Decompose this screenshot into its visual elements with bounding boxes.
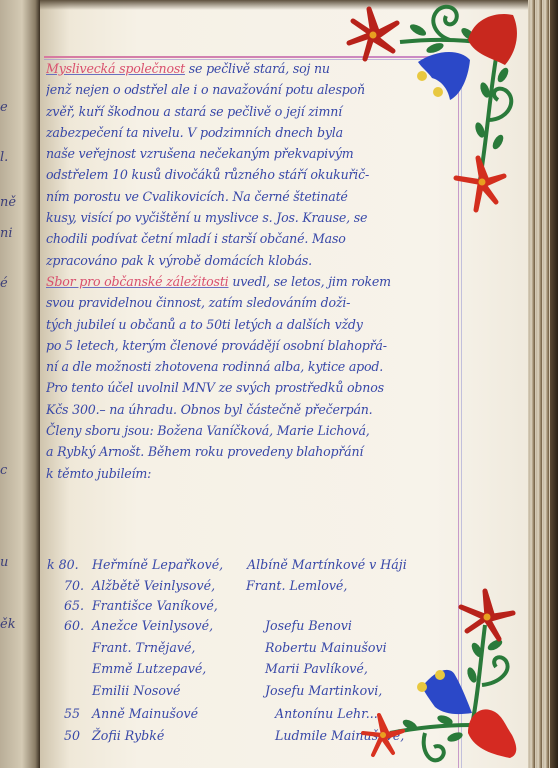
text-line: po 5 letech, kterým členové provádějí os…: [46, 335, 460, 356]
facing-text: e: [0, 100, 8, 115]
jubilee-name: Frant. Trnějavé,: [92, 640, 195, 655]
stamen-icon: [417, 71, 427, 81]
section-heading-hunting-society: Myslivecká společnost: [46, 61, 185, 76]
red-flower-icon: [461, 591, 513, 639]
jubilee-name: Heřmíně Lepařkové,: [92, 557, 223, 572]
jubilee-age: 60.: [64, 618, 84, 633]
jubilee-name: Albíně Martínkové v Háji: [247, 557, 407, 572]
facing-text: ně: [0, 195, 16, 210]
red-flower-icon: [456, 158, 504, 210]
text-line: tých jubileí u občanů a to 50ti letých a…: [46, 314, 460, 335]
jubilee-name: Františce Vaníkové,: [92, 598, 218, 613]
facing-text: l.: [0, 150, 8, 165]
jubilee-age: 50: [64, 728, 80, 743]
red-flower-icon: [349, 9, 397, 59]
jubilee-name: Anežce Veinlysové,: [92, 618, 213, 633]
stamen-icon: [435, 670, 445, 680]
section-heading-civic-affairs: Sbor pro občanské záležitosti: [46, 274, 229, 289]
text-line: zpracováno pak k výrobě domácích klobás.: [46, 250, 460, 271]
text-line: chodili podívat četní mladí i starší obč…: [46, 228, 460, 249]
text-line: Pro tento účel uvolnil MNV ze svých pros…: [46, 377, 460, 398]
text-line: a Rybký Arnošt. Během roku provedeny bla…: [46, 441, 460, 462]
jubilee-name: Alžbětě Veinlysové,: [92, 578, 215, 593]
folk-flower-decoration-top: [340, 0, 530, 220]
text-fragment: se pečlivě stará, soj nu: [185, 61, 330, 76]
bellflower-icon: [422, 670, 472, 714]
jubilee-name: Emmě Lutzepavé,: [92, 661, 206, 676]
jubilee-age: 70.: [64, 578, 84, 593]
facing-text: ni: [0, 226, 13, 241]
text-fragment: uvedl, se letos, jim rokem: [229, 274, 391, 289]
text-line: svou pravidelnou činnost, zatím sledován…: [46, 292, 460, 313]
text-line: Členy sboru jsou: Božena Vaníčková, Mari…: [46, 420, 460, 441]
red-flower-icon: [363, 715, 403, 755]
text-line: Sbor pro občanské záležitosti uvedl, se …: [46, 271, 460, 292]
jubilee-age: 55: [64, 706, 80, 721]
facing-text: c: [0, 463, 7, 478]
jubilee-age: k 80.: [47, 557, 79, 572]
text-line: Kčs 300.– na úhradu. Obnos byl částečně …: [46, 399, 460, 420]
jubilee-name: Frant. Lemlové,: [246, 578, 347, 593]
folk-flower-decoration-bottom: [350, 575, 530, 768]
jubilee-age: 65.: [64, 598, 84, 613]
page-edges: [528, 0, 558, 768]
facing-text: ěk: [0, 617, 16, 632]
jubilee-name: Žofii Rybké: [92, 728, 164, 743]
facing-page: e l. ně ni é c u ěk: [0, 0, 40, 768]
text-line: k těmto jubileím:: [46, 463, 460, 484]
stamen-icon: [417, 682, 427, 692]
facing-text: é: [0, 276, 8, 291]
facing-text: u: [0, 555, 8, 570]
jubilee-name: Anně Mainušové: [92, 706, 198, 721]
heart-icon: [468, 709, 516, 758]
jubilee-name: Josefu Benovi: [265, 618, 352, 633]
text-line: ní a dle možnosti zhotovena rodinná alba…: [46, 356, 460, 377]
heart-icon: [468, 14, 517, 65]
stamen-icon: [433, 87, 443, 97]
jubilee-name: Emilii Nosové: [92, 683, 180, 698]
